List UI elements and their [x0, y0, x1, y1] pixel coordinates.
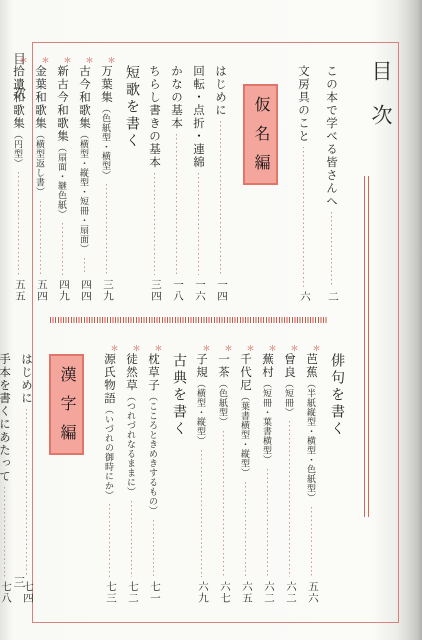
dotted-leader — [144, 520, 162, 578]
toc-entry: ＊ 万葉集（色紙型・横型） 三九 — [97, 54, 115, 302]
entry-bullet: ＊ — [214, 342, 232, 353]
entry-bullet — [189, 54, 207, 65]
dotted-leader — [97, 184, 115, 275]
toc-entry: ＊ 一茶（色紙型） 六七 — [214, 342, 232, 604]
entry-text: 徒然草（つれづれなるままに） — [122, 353, 140, 497]
toc-entry: はじめに 七四 — [17, 342, 35, 604]
dotted-leader — [100, 504, 118, 577]
entry-title: 新古今和歌集 — [56, 65, 68, 143]
entry-title: 蕪村 — [261, 353, 273, 379]
entry-subtitle: （横型・縦型・短冊・扇面） — [79, 130, 89, 254]
section-divider-band — [50, 317, 327, 323]
entry-subtitle: （横型返し書） — [35, 130, 45, 197]
dotted-leader — [236, 482, 254, 578]
toc-entry: ＊ 源氏物語（いづれの御時にか） 七三 — [100, 342, 118, 604]
entry-bullet — [145, 54, 163, 65]
dotted-leader — [192, 450, 210, 578]
entry-subtitle: （扇面・継色紙） — [57, 143, 67, 219]
toc-entry: ＊ 拾遺和歌集（円型） 五五 — [9, 54, 27, 302]
entry-subtitle: （円型） — [13, 130, 23, 168]
entry-page-number: 六五 — [236, 581, 254, 604]
entry-text: 芭蕉（半紙縦型・横型・色紙型） — [302, 353, 320, 503]
entry-text: 拾遺和歌集（円型） — [9, 65, 27, 168]
entry-text: 手本を書くにあたって — [0, 353, 13, 483]
entry-bullet — [167, 54, 185, 65]
dotted-leader — [17, 409, 35, 577]
entry-title: 曾良 — [283, 353, 295, 379]
entry-text: この本で学べる皆さんへ — [322, 65, 340, 208]
entry-page-number: 七三 — [100, 581, 118, 604]
entry-title: 千代尼 — [239, 353, 251, 392]
entry-title: 源氏物語 — [103, 353, 115, 405]
book-page-photo: 目次 三 目次 この本で学べる皆さんへ 二 文房具のこと 六 仮名編 はじめに … — [0, 0, 422, 640]
entry-bullet: ＊ — [280, 342, 298, 353]
section-heading-tanka: 短歌を書く — [121, 54, 141, 302]
entry-page-number: 七一 — [144, 581, 162, 604]
dotted-leader — [75, 258, 93, 276]
entry-page-number: 四四 — [75, 279, 93, 302]
toc-entry: ちらし書きの基本 三四 — [145, 54, 163, 302]
entry-subtitle: （つれづれなるままに） — [126, 392, 136, 497]
entry-title: 一茶 — [217, 353, 229, 379]
entry-text: 源氏物語（いづれの御時にか） — [100, 353, 118, 500]
entry-bullet — [211, 54, 229, 65]
dotted-leader — [322, 212, 340, 287]
entry-text: 蕪村（短冊・葉書横型） — [258, 353, 276, 465]
part-heading-kanji: 漢字編 — [49, 354, 84, 455]
dotted-leader — [189, 173, 207, 275]
entry-text: 曾良（短冊） — [280, 353, 298, 417]
entry-title: かなの基本 — [170, 65, 182, 130]
entry-bullet — [322, 54, 340, 65]
toc-entry: ＊ 芭蕉（半紙縦型・横型・色紙型） 五六 — [302, 342, 320, 604]
dotted-leader — [214, 431, 232, 578]
dotted-leader — [280, 421, 298, 577]
section-heading-haiku: 俳句を書く — [326, 342, 346, 604]
entry-title: 子規 — [195, 353, 207, 379]
entry-text: 金葉和歌集（横型返し書） — [31, 65, 49, 197]
entry-text: 一茶（色紙型） — [214, 353, 232, 427]
entry-title: はじめに — [20, 353, 32, 405]
toc-bottom-section: 俳句を書く ＊ 芭蕉（半紙縦型・横型・色紙型） 五六 ＊ 曾良（短冊） 六二 ＊… — [40, 342, 396, 604]
toc-entry: かなの基本 一八 — [167, 54, 185, 302]
entry-page-number: 六二 — [280, 581, 298, 604]
entry-text: はじめに — [211, 65, 229, 117]
entry-title: ちらし書きの基本 — [148, 65, 160, 169]
entry-subtitle: （短冊・葉書横型） — [262, 379, 272, 465]
toc-title: 目次 — [366, 54, 396, 302]
entry-page-number: 三四 — [145, 279, 163, 302]
entry-title: 徒然草 — [125, 353, 137, 392]
entry-page-number: 四九 — [53, 279, 71, 302]
dotted-leader — [145, 173, 163, 275]
section-heading-koten: 古典を書く — [168, 342, 188, 604]
entry-bullet: ＊ — [192, 342, 210, 353]
entry-text: 万葉集（色紙型・横型） — [97, 65, 115, 180]
entry-text: ちらし書きの基本 — [145, 65, 163, 169]
toc-entry: ＊ 蕪村（短冊・葉書横型） 六二 — [258, 342, 276, 604]
entry-bullet: ＊ — [302, 342, 320, 353]
toc-entry: ＊ 徒然草（つれづれなるままに） 七二 — [122, 342, 140, 604]
entry-bullet: ＊ — [97, 54, 115, 65]
entry-bullet: ＊ — [100, 342, 118, 353]
dotted-leader — [294, 147, 312, 287]
toc-entry: 手本を書くにあたって 七八 — [0, 342, 13, 604]
section-heading-text: 俳句を書く — [326, 353, 346, 438]
entry-page-number: 六 — [294, 291, 312, 303]
entry-page-number: 三九 — [97, 279, 115, 302]
toc-entry: ＊ 新古今和歌集（扇面・継色紙） 四九 — [53, 54, 71, 302]
entry-bullet: ＊ — [53, 54, 71, 65]
dotted-leader — [0, 487, 13, 577]
entry-page-number: 五六 — [302, 581, 320, 604]
toc-entry: ＊ 金葉和歌集（横型返し書） 五四 — [31, 54, 49, 302]
entry-bullet — [0, 342, 13, 353]
entry-page-number: 五五 — [9, 279, 27, 302]
entry-text: 枕草子（こころときめきするもの） — [144, 353, 162, 516]
entry-title: 枕草子 — [147, 353, 159, 392]
entry-bullet: ＊ — [9, 54, 27, 65]
entry-text: 古今和歌集（横型・縦型・短冊・扇面） — [75, 65, 93, 254]
entry-bullet: ＊ — [236, 342, 254, 353]
entry-subtitle: （色紙型） — [218, 379, 228, 427]
entry-subtitle: （色紙型・横型） — [101, 104, 111, 180]
dotted-leader — [31, 201, 49, 276]
toc-top-section: 目次 この本で学べる皆さんへ 二 文房具のこと 六 仮名編 はじめに 一四 回転… — [40, 54, 396, 302]
toc-entry: はじめに 一四 — [211, 54, 229, 302]
part-heading-kana: 仮名編 — [243, 84, 278, 185]
entry-page-number: 一八 — [167, 279, 185, 302]
entry-title: 拾遺和歌集 — [12, 65, 24, 130]
entry-page-number: 七二 — [122, 581, 140, 604]
entry-subtitle: （横型・縦型） — [196, 379, 206, 446]
entry-title: はじめに — [214, 65, 226, 117]
entry-page-number: 一四 — [211, 279, 229, 302]
entry-page-number: 七四 — [17, 581, 35, 604]
dotted-leader — [9, 172, 27, 275]
toc-entry: 回転・点折・連綿 一六 — [189, 54, 207, 302]
toc-title-text: 目次 — [366, 60, 396, 148]
entry-title: 手本を書くにあたって — [0, 353, 10, 483]
entry-bullet: ＊ — [31, 54, 49, 65]
toc-entry: ＊ 千代尼（葉書横型・縦型） 六五 — [236, 342, 254, 604]
entry-title: 古今和歌集 — [78, 65, 90, 130]
entry-bullet: ＊ — [144, 342, 162, 353]
toc-entry: ＊ 古今和歌集（横型・縦型・短冊・扇面） 四四 — [75, 54, 93, 302]
entry-text: 千代尼（葉書横型・縦型） — [236, 353, 254, 478]
entry-bullet: ＊ — [258, 342, 276, 353]
toc-entry: ＊ 曾良（短冊） 六二 — [280, 342, 298, 604]
entry-subtitle: （葉書横型・縦型） — [240, 392, 250, 478]
toc-entry: ＊ 子規（横型・縦型） 六九 — [192, 342, 210, 604]
entry-text: 子規（横型・縦型） — [192, 353, 210, 446]
dotted-leader — [53, 223, 71, 275]
entry-page-number: 六二 — [258, 581, 276, 604]
dotted-leader — [258, 469, 276, 578]
entry-title: 文房具のこと — [297, 65, 309, 143]
dotted-leader — [122, 501, 140, 578]
entry-page-number: 六七 — [214, 581, 232, 604]
toc-entry: 文房具のこと 六 — [294, 54, 312, 302]
entry-title: 万葉集 — [100, 65, 112, 104]
dotted-leader — [211, 121, 229, 275]
entry-bullet: ＊ — [122, 342, 140, 353]
dotted-leader — [302, 507, 320, 578]
entry-text: 回転・点折・連綿 — [189, 65, 207, 169]
entry-page-number: 一六 — [189, 279, 207, 302]
entry-text: はじめに — [17, 353, 35, 405]
toc-entry: この本で学べる皆さんへ 二 — [322, 54, 340, 302]
entry-page-number: 六九 — [192, 581, 210, 604]
entry-subtitle: （いづれの御時にか） — [104, 405, 114, 500]
entry-text: 文房具のこと — [294, 65, 312, 143]
entry-subtitle: （半紙縦型・横型・色紙型） — [306, 379, 316, 503]
entry-page-number: 五四 — [31, 279, 49, 302]
entry-text: かなの基本 — [167, 65, 185, 130]
entry-page-number: 二 — [322, 291, 340, 303]
dotted-leader — [167, 134, 185, 275]
section-heading-text: 古典を書く — [168, 353, 188, 438]
entry-page-number: 七八 — [0, 581, 13, 604]
entry-bullet — [17, 342, 35, 353]
entry-title: 芭蕉 — [305, 353, 317, 379]
entry-bullet — [294, 54, 312, 65]
entry-title: 金葉和歌集 — [34, 65, 46, 130]
entry-subtitle: （短冊） — [284, 379, 294, 417]
entry-subtitle: （こころときめきするもの） — [148, 392, 158, 516]
entry-text: 新古今和歌集（扇面・継色紙） — [53, 65, 71, 219]
entry-title: この本で学べる皆さんへ — [325, 65, 337, 208]
entry-title: 回転・点折・連綿 — [192, 65, 204, 169]
section-heading-text: 短歌を書く — [121, 65, 141, 150]
toc-entry: ＊ 枕草子（こころときめきするもの） 七一 — [144, 342, 162, 604]
entry-bullet: ＊ — [75, 54, 93, 65]
